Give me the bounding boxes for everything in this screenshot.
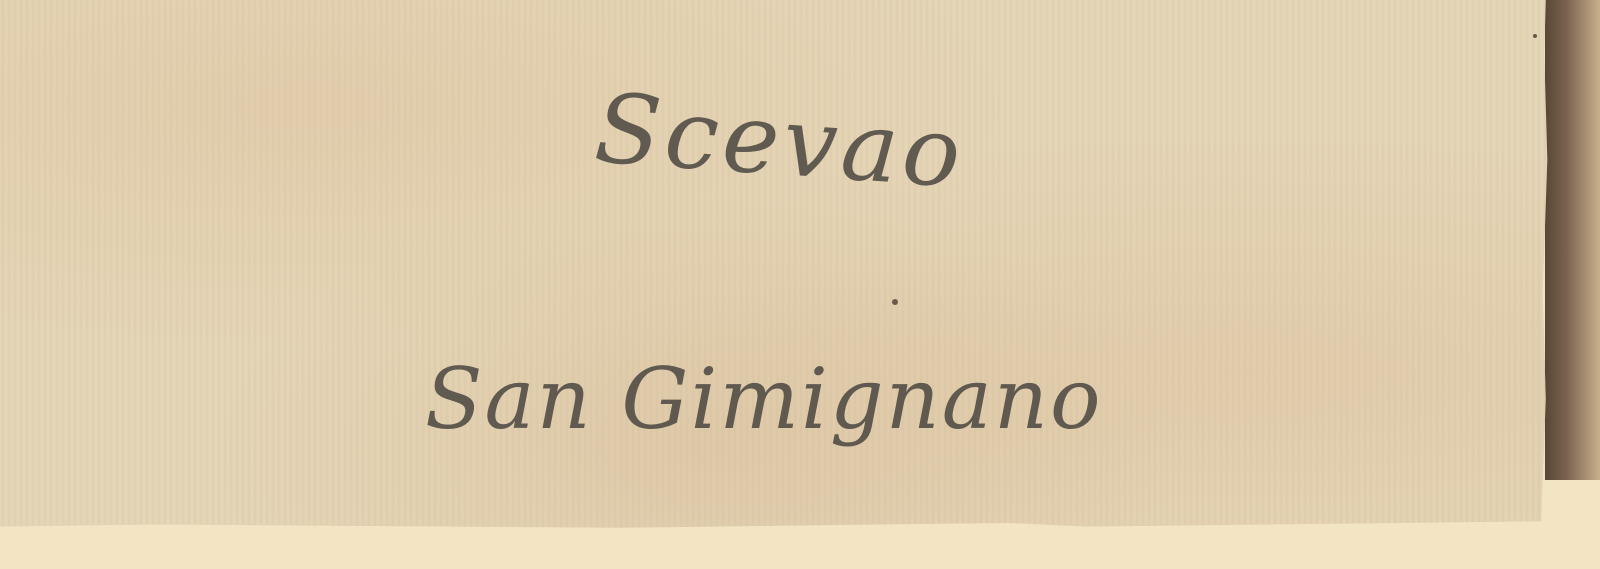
- paper-speck: [892, 299, 898, 305]
- handwritten-line-2: San Gimignano: [425, 350, 1103, 448]
- aged-paper-sheet: Scevao San Gimignano: [0, 0, 1552, 532]
- paper-shadow: [1545, 0, 1600, 480]
- paper-speck: [1533, 34, 1537, 38]
- photo-scene: Scevao San Gimignano: [0, 0, 1600, 569]
- handwritten-line-1: Scevao: [592, 72, 969, 210]
